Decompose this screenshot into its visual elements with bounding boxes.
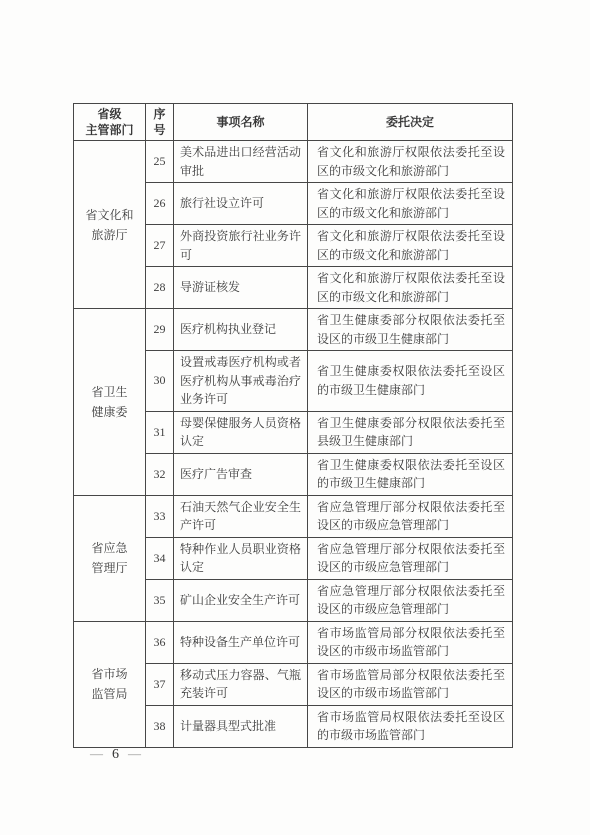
- delegation-table: 省级 主管部门 序 号 事项名称 委托决定 省文化和 旅游厅25美术品进出口经营…: [73, 103, 513, 748]
- page-number-dash-right: —: [128, 746, 141, 762]
- serial-cell: 34: [146, 537, 174, 579]
- serial-cell: 38: [146, 705, 174, 747]
- decision-cell: 省市场监管局部分权限依法委托至设区的市级市场监管部门: [308, 621, 513, 663]
- serial-cell: 30: [146, 351, 174, 412]
- decision-cell: 省文化和旅游厅权限依法委托至设区的市级文化和旅游部门: [308, 183, 513, 225]
- department-cell: 省文化和 旅游厅: [74, 141, 146, 309]
- page-number-value: 6: [112, 747, 119, 763]
- decision-cell: 省文化和旅游厅权限依法委托至设区的市级文化和旅游部门: [308, 225, 513, 267]
- decision-cell: 省应急管理厅部分权限依法委托至设区的市级应急管理部门: [308, 537, 513, 579]
- serial-cell: 27: [146, 225, 174, 267]
- serial-cell: 28: [146, 267, 174, 309]
- serial-cell: 26: [146, 183, 174, 225]
- header-decision: 委托决定: [308, 104, 513, 141]
- table-row: 省文化和 旅游厅25美术品进出口经营活动审批省文化和旅游厅权限依法委托至设区的市…: [74, 141, 513, 183]
- item-cell: 医疗机构执业登记: [174, 309, 308, 351]
- decision-cell: 省文化和旅游厅权限依法委托至设区的市级文化和旅游部门: [308, 141, 513, 183]
- header-row: 省级 主管部门 序 号 事项名称 委托决定: [74, 104, 513, 141]
- table-header: 省级 主管部门 序 号 事项名称 委托决定: [74, 104, 513, 141]
- department-cell: 省市场 监管局: [74, 621, 146, 747]
- serial-cell: 37: [146, 663, 174, 705]
- decision-cell: 省卫生健康委权限依法委托至设区的市级卫生健康部门: [308, 351, 513, 412]
- serial-cell: 35: [146, 579, 174, 621]
- page-number: — 6 —: [90, 747, 141, 763]
- table-body: 省文化和 旅游厅25美术品进出口经营活动审批省文化和旅游厅权限依法委托至设区的市…: [74, 141, 513, 748]
- item-cell: 移动式压力容器、气瓶充装许可: [174, 663, 308, 705]
- decision-cell: 省卫生健康委权限依法委托至设区的市级卫生健康部门: [308, 453, 513, 495]
- item-cell: 设置戒毒医疗机构或者医疗机构从事戒毒治疗业务许可: [174, 351, 308, 412]
- department-cell: 省应急 管理厅: [74, 495, 146, 621]
- page-number-dash-left: —: [90, 746, 103, 762]
- serial-cell: 32: [146, 453, 174, 495]
- serial-cell: 29: [146, 309, 174, 351]
- item-cell: 石油天然气企业安全生产许可: [174, 495, 308, 537]
- decision-cell: 省卫生健康委部分权限依法委托至县级卫生健康部门: [308, 411, 513, 453]
- document-page: 省级 主管部门 序 号 事项名称 委托决定 省文化和 旅游厅25美术品进出口经营…: [0, 0, 590, 835]
- item-cell: 特种作业人员职业资格认定: [174, 537, 308, 579]
- item-cell: 矿山企业安全生产许可: [174, 579, 308, 621]
- serial-cell: 25: [146, 141, 174, 183]
- item-cell: 计量器具型式批准: [174, 705, 308, 747]
- decision-cell: 省卫生健康委部分权限依法委托至设区的市级卫生健康部门: [308, 309, 513, 351]
- decision-cell: 省应急管理厅部分权限依法委托至设区的市级应急管理部门: [308, 579, 513, 621]
- item-cell: 母婴保健服务人员资格认定: [174, 411, 308, 453]
- table-row: 省应急 管理厅33石油天然气企业安全生产许可省应急管理厅部分权限依法委托至设区的…: [74, 495, 513, 537]
- item-cell: 导游证核发: [174, 267, 308, 309]
- table-row: 省卫生 健康委29医疗机构执业登记省卫生健康委部分权限依法委托至设区的市级卫生健…: [74, 309, 513, 351]
- decision-cell: 省市场监管局部分权限依法委托至设区的市级市场监管部门: [308, 663, 513, 705]
- decision-cell: 省市场监管局权限依法委托至设区的市级市场监管部门: [308, 705, 513, 747]
- item-cell: 旅行社设立许可: [174, 183, 308, 225]
- decision-cell: 省应急管理厅部分权限依法委托至设区的市级应急管理部门: [308, 495, 513, 537]
- header-item: 事项名称: [174, 104, 308, 141]
- serial-cell: 33: [146, 495, 174, 537]
- table-row: 省市场 监管局36特种设备生产单位许可省市场监管局部分权限依法委托至设区的市级市…: [74, 621, 513, 663]
- header-serial: 序 号: [146, 104, 174, 141]
- header-department: 省级 主管部门: [74, 104, 146, 141]
- serial-cell: 31: [146, 411, 174, 453]
- item-cell: 医疗广告审查: [174, 453, 308, 495]
- item-cell: 特种设备生产单位许可: [174, 621, 308, 663]
- serial-cell: 36: [146, 621, 174, 663]
- decision-cell: 省文化和旅游厅权限依法委托至设区的市级文化和旅游部门: [308, 267, 513, 309]
- item-cell: 外商投资旅行社业务许可: [174, 225, 308, 267]
- item-cell: 美术品进出口经营活动审批: [174, 141, 308, 183]
- department-cell: 省卫生 健康委: [74, 309, 146, 496]
